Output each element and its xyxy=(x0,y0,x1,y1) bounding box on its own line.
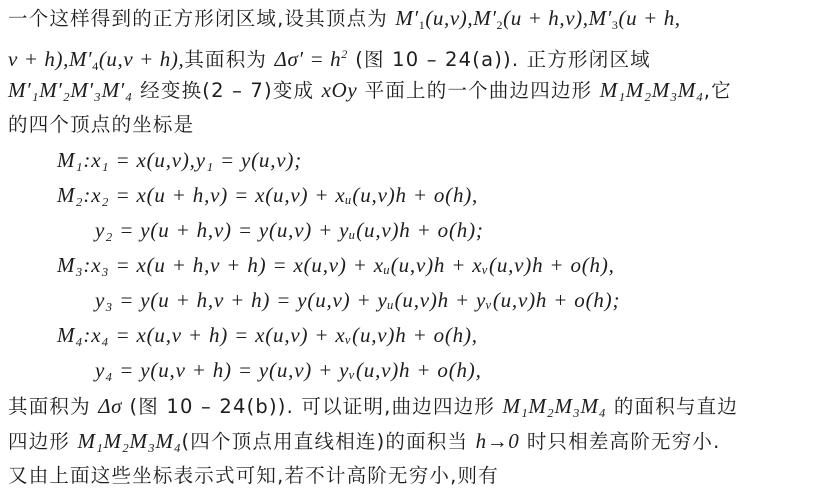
paragraph-2-line-2: 四边形 M₁M₂M₃M₄(四个顶点用直线相连)的面积当 h→0 时只相差高阶无穷… xyxy=(8,427,721,456)
paragraph-2-line-3: 又由上面这些坐标表示式可知,若不计高阶无穷小,则有 xyxy=(8,462,499,490)
figure-reference: (图 10 – 24(a)). xyxy=(348,48,519,71)
text: 其面积为 xyxy=(8,395,98,418)
math-m1-prime: M′1 xyxy=(395,6,425,30)
equation-m4-x: M₄:x₄ = x(u,v + h) = x(u,v) + xᵥ(u,v)h +… xyxy=(57,321,478,349)
math-args: (u + h, xyxy=(619,6,681,30)
paragraph-1-line-1: 一个这样得到的正方形闭区域,设其顶点为 M′1(u,v),M′2(u + h,v… xyxy=(8,4,824,39)
text: 平面上的一个曲边四边形 xyxy=(357,79,600,102)
text: 又由上面这些坐标表示式可知,若不计高阶无穷小,则有 xyxy=(8,464,499,487)
math-args: (u + h,v), xyxy=(503,6,588,30)
math-args: (u,v + h), xyxy=(99,47,184,71)
equation-m3-x: M₃:x₃ = x(u + h,v + h) = x(u,v) + xᵤ(u,v… xyxy=(57,251,615,279)
paragraph-1-line-3: M′₁M′₂M′₃M′₄ 经变换(2 – 7)变成 xOy 平面上的一个曲边四边… xyxy=(8,76,732,105)
math-area: Δσ xyxy=(98,394,122,418)
math-quad-prime: M′₁M′₂M′₃M′₄ xyxy=(8,78,133,102)
paragraph-2-line-1: 其面积为 Δσ (图 10 – 24(b)). 可以证明,曲边四边形 M₁M₂M… xyxy=(8,392,738,421)
math-m4-prime: M′4 xyxy=(69,47,99,71)
text: 时只相差高阶无穷小. xyxy=(519,430,720,453)
math-quad: M₁M₂M₃M₄ xyxy=(600,78,704,102)
math-quad: M₁M₂M₃M₄ xyxy=(502,394,606,418)
equation-m2-x: M₂:x₂ = x(u + h,v) = x(u,v) + xᵤ(u,v)h +… xyxy=(57,181,478,209)
document-page: 一个这样得到的正方形闭区域,设其顶点为 M′1(u,v),M′2(u + h,v… xyxy=(0,0,832,502)
text: 其面积为 xyxy=(184,48,274,71)
equation-m4-y: y₄ = y(u,v + h) = y(u,v) + yᵥ(u,v)h + o(… xyxy=(95,356,482,384)
math-quad: M₁M₂M₃M₄ xyxy=(78,429,182,453)
text: ,它 xyxy=(704,79,732,102)
equation-m3-y: y₃ = y(u + h,v + h) = y(u,v) + yᵤ(u,v)h … xyxy=(95,286,620,314)
text: (四个顶点用直线相连)的面积当 xyxy=(181,430,475,453)
text: 的面积与直边 xyxy=(606,395,738,418)
text: 四边形 xyxy=(8,430,78,453)
text: 一个这样得到的正方形闭区域,设其顶点为 xyxy=(8,7,395,30)
math-area-prime: Δσ′ = h2 xyxy=(275,47,348,71)
equation-m2-y: y₂ = y(u + h,v) = y(u,v) + yᵤ(u,v)h + o(… xyxy=(95,216,484,244)
text: 经变换(2 – 7)变成 xyxy=(133,79,322,102)
text: 正方形闭区域 xyxy=(519,48,651,71)
math-plane: xOy xyxy=(322,78,358,102)
paragraph-1-line-4: 的四个顶点的坐标是 xyxy=(8,111,194,139)
paragraph-1-line-2: v + h),M′4(u,v + h),其面积为 Δσ′ = h2 (图 10 … xyxy=(8,40,651,80)
math-m2-prime: M′2 xyxy=(473,6,503,30)
math-continuation: v + h), xyxy=(8,47,69,71)
text: 的四个顶点的坐标是 xyxy=(8,113,194,136)
math-args: (u,v), xyxy=(425,6,473,30)
equation-m1: M₁:x₁ = x(u,v),y₁ = y(u,v); xyxy=(57,146,302,174)
math-m3-prime: M′3 xyxy=(589,6,619,30)
text: (图 10 – 24(b)). 可以证明,曲边四边形 xyxy=(122,395,502,418)
math-limit: h→0 xyxy=(476,429,520,453)
